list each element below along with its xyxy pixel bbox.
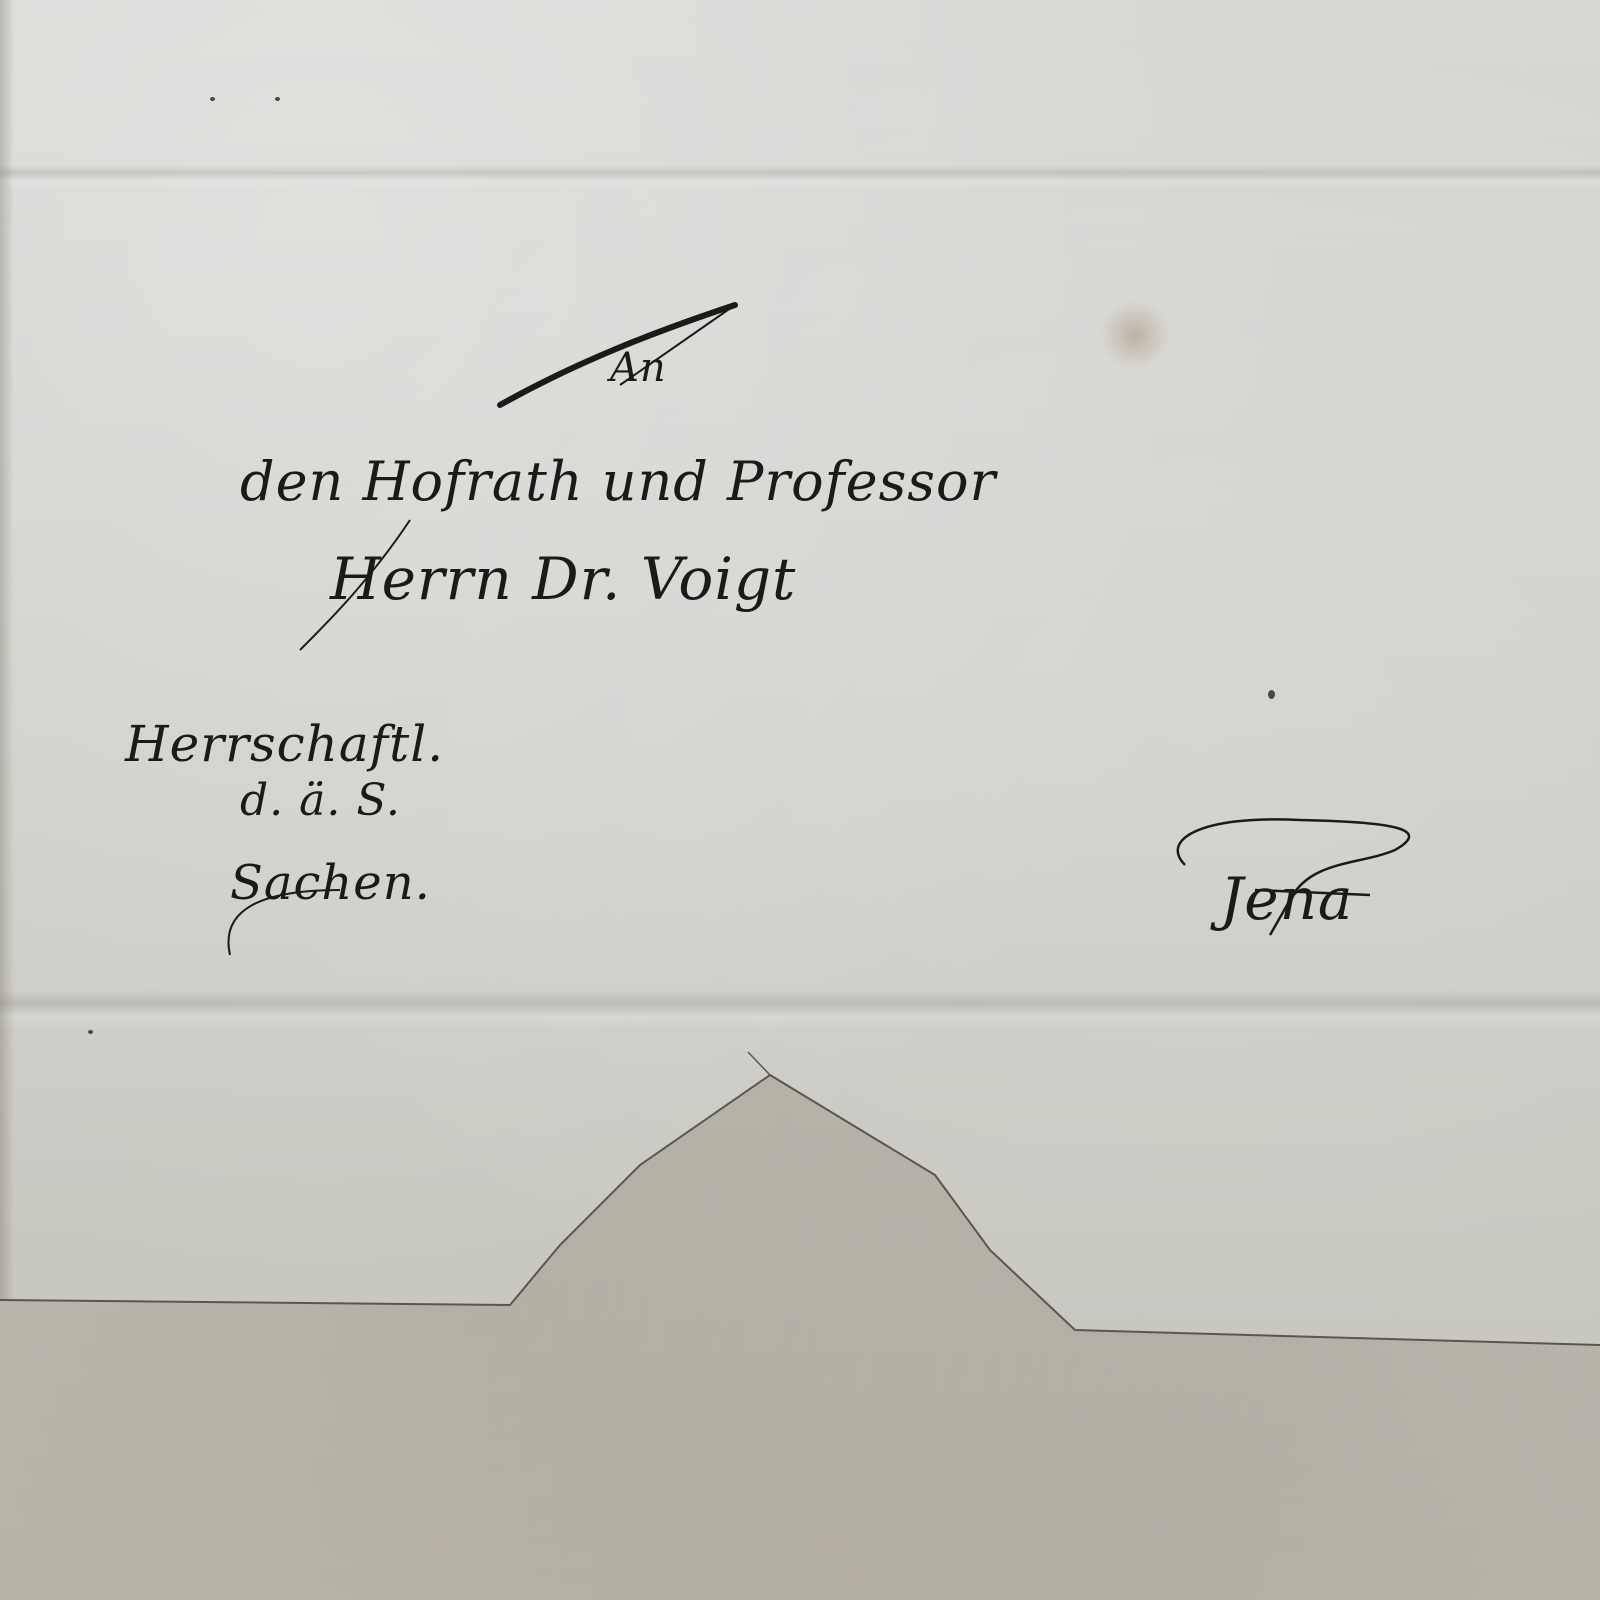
annotation-line-3: Sachen. <box>230 855 431 911</box>
paper-speck <box>88 1030 93 1034</box>
paper-speck <box>210 97 215 101</box>
annotation-line-1: Herrschaftl. <box>125 715 444 773</box>
recipient-title-text: den Hofrath und Professor <box>240 450 996 513</box>
paper-speck <box>1268 690 1275 699</box>
letter-photo: An den Hofrath und Professor Herrn Dr. V… <box>0 0 1600 1600</box>
recipient-name-text: Herrn Dr. Voigt <box>330 545 796 613</box>
paper-stain <box>1100 300 1170 370</box>
salutation-text: An <box>610 345 667 391</box>
paper-fold-bottom <box>0 990 1600 1030</box>
destination-city-text: Jena <box>1220 865 1354 933</box>
annotation-line-2: d. ä. S. <box>240 775 401 826</box>
paper-fold-top <box>0 165 1600 189</box>
paper-speck <box>275 97 280 101</box>
paper-left-edge <box>0 0 14 1300</box>
